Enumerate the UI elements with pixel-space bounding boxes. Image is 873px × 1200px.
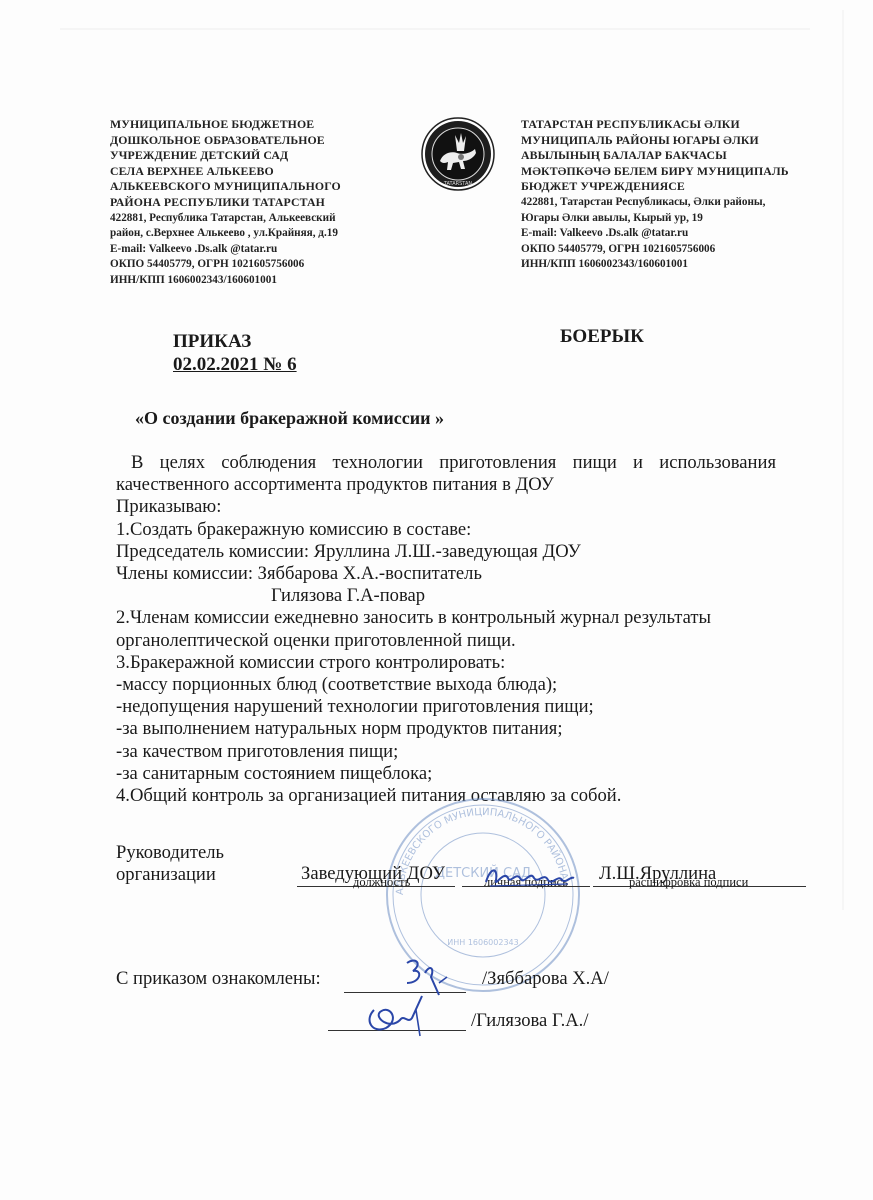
order-body: В целях соблюдения технологии приготовле… (116, 452, 776, 807)
order-item-2: 2.Членам комиссии ежедневно заносить в к… (116, 607, 776, 629)
org-inn-kpp: ИНН/КПП 1606002343/160601001 (521, 257, 841, 273)
org-name-line: АЛЬКЕЕВСКОГО МУНИЦИПАЛЬНОГО (110, 179, 410, 195)
org-email: E-mail: Valkeevo .Ds.alk @tatar.ru (110, 242, 410, 258)
commission-chairman: Председатель комиссии: Яруллина Л.Ш.-зав… (116, 541, 776, 563)
org-name-line: РАЙОНА РЕСПУБЛИКИ ТАТАРСТАН (110, 195, 410, 211)
order-title-russian: ПРИКАЗ (173, 331, 251, 352)
org-name-line: ДОШКОЛЬНОЕ ОБРАЗОВАТЕЛЬНОЕ (110, 133, 410, 149)
svg-text:TATARSTAN: TATARSTAN (443, 181, 473, 187)
signer-role-line: Руководитель (116, 842, 224, 864)
control-item: -массу порционных блюд (соответствие вых… (116, 674, 776, 696)
org-name-line: СЕЛА ВЕРХНЕЕ АЛЬКЕЕВО (110, 164, 410, 180)
org-name-line: БЮДЖЕТ УЧРЕЖДЕНИЯСЕ (521, 179, 841, 195)
order-subject: «О создании бракеражной комиссии » (135, 408, 444, 429)
signer-role: Руководитель организации (116, 842, 224, 886)
org-header-tatar: ТАТАРСТАН РЕСПУБЛИКАСЫ ӘЛКИ МУНИЦИПАЛЬ Р… (521, 117, 841, 273)
org-name-line: ТАТАРСТАН РЕСПУБЛИКАСЫ ӘЛКИ (521, 117, 841, 133)
body-intro: В целях соблюдения технологии приготовле… (116, 452, 776, 474)
signature-block: Руководитель организации Заведующий ДОУ … (116, 842, 816, 912)
org-address-line: 422881, Татарстан Республикасы, Әлки рай… (521, 195, 841, 211)
acknowledgement-person: /Гилязова Г.А./ (471, 1010, 589, 1032)
order-word: Приказываю: (116, 496, 776, 518)
order-date-number: 02.02.2021 № 6 (173, 353, 297, 376)
tatarstan-coat-of-arms-icon: TATARSTAN (421, 117, 495, 191)
svg-text:ИНН 1606002343: ИНН 1606002343 (447, 938, 518, 947)
order-item-3: 3.Бракеражной комиссии строго контролиро… (116, 652, 776, 674)
head-signature (480, 860, 580, 896)
org-name-line: МУНИЦИПАЛЬНОЕ БЮДЖЕТНОЕ (110, 117, 410, 133)
signer-role-line: организации (116, 864, 224, 886)
scan-artifact (842, 10, 844, 910)
order-title-tatar: БОЕРЫК (560, 326, 644, 348)
acknowledgement-person: /Зяббарова Х.А/ (482, 968, 609, 990)
scan-artifact (60, 28, 810, 30)
org-name-line: УЧРЕЖДЕНИЕ ДЕТСКИЙ САД (110, 148, 410, 164)
org-inn-kpp: ИНН/КПП 1606002343/160601001 (110, 273, 410, 289)
org-header-russian: МУНИЦИПАЛЬНОЕ БЮДЖЕТНОЕ ДОШКОЛЬНОЕ ОБРАЗ… (110, 117, 410, 289)
acknowledgement-label: С приказом ознакомлены: (116, 968, 321, 990)
org-okpo-ogrn: ОКПО 54405779, ОГРН 1021605756006 (110, 257, 410, 273)
commission-member: Гилязова Г.А-повар (116, 585, 776, 607)
order-title-block: ПРИКАЗ 02.02.2021 № 6 (173, 330, 297, 376)
org-name-line: МӘКТӘПКӘЧӘ БЕЛЕМ БИРҮ МУНИЦИПАЛЬ (521, 164, 841, 180)
control-item: -за выполнением натуральных норм продукт… (116, 718, 776, 740)
org-name-line: МУНИЦИПАЛЬ РАЙОНЫ ЮГАРЫ ӘЛКИ (521, 133, 841, 149)
commission-member: Члены комиссии: Зяббарова Х.А.-воспитате… (116, 563, 776, 585)
org-address-line: 422881, Республика Татарстан, Алькеевски… (110, 211, 410, 227)
org-address-line: Югары Әлки авылы, Кырый ур, 19 (521, 211, 841, 227)
body-intro-cont: качественного ассортимента продуктов пит… (116, 474, 776, 496)
name-caption: расшифровка подписи (629, 871, 748, 893)
order-item-1: 1.Создать бракеражную комиссию в составе… (116, 519, 776, 541)
org-address-line: район, с.Верхнее Алькеево , ул.Крайняя, … (110, 226, 410, 242)
control-item: -за санитарным состоянием пищеблока; (116, 763, 776, 785)
org-email: E-mail: Valkeevo .Ds.alk @tatar.ru (521, 226, 841, 242)
control-item: -недопущения нарушений технологии пригот… (116, 696, 776, 718)
control-item: -за качеством приготовления пищи; (116, 741, 776, 763)
order-item-2-cont: органолептической оценки приготовленной … (116, 630, 776, 652)
member-signature (360, 990, 440, 1040)
position-caption: должность (353, 871, 410, 893)
document-page: МУНИЦИПАЛЬНОЕ БЮДЖЕТНОЕ ДОШКОЛЬНОЕ ОБРАЗ… (0, 0, 873, 1200)
org-name-line: АВЫЛЫНЫҢ БАЛАЛАР БАКЧАСЫ (521, 148, 841, 164)
org-okpo-ogrn: ОКПО 54405779, ОГРН 1021605756006 (521, 242, 841, 258)
